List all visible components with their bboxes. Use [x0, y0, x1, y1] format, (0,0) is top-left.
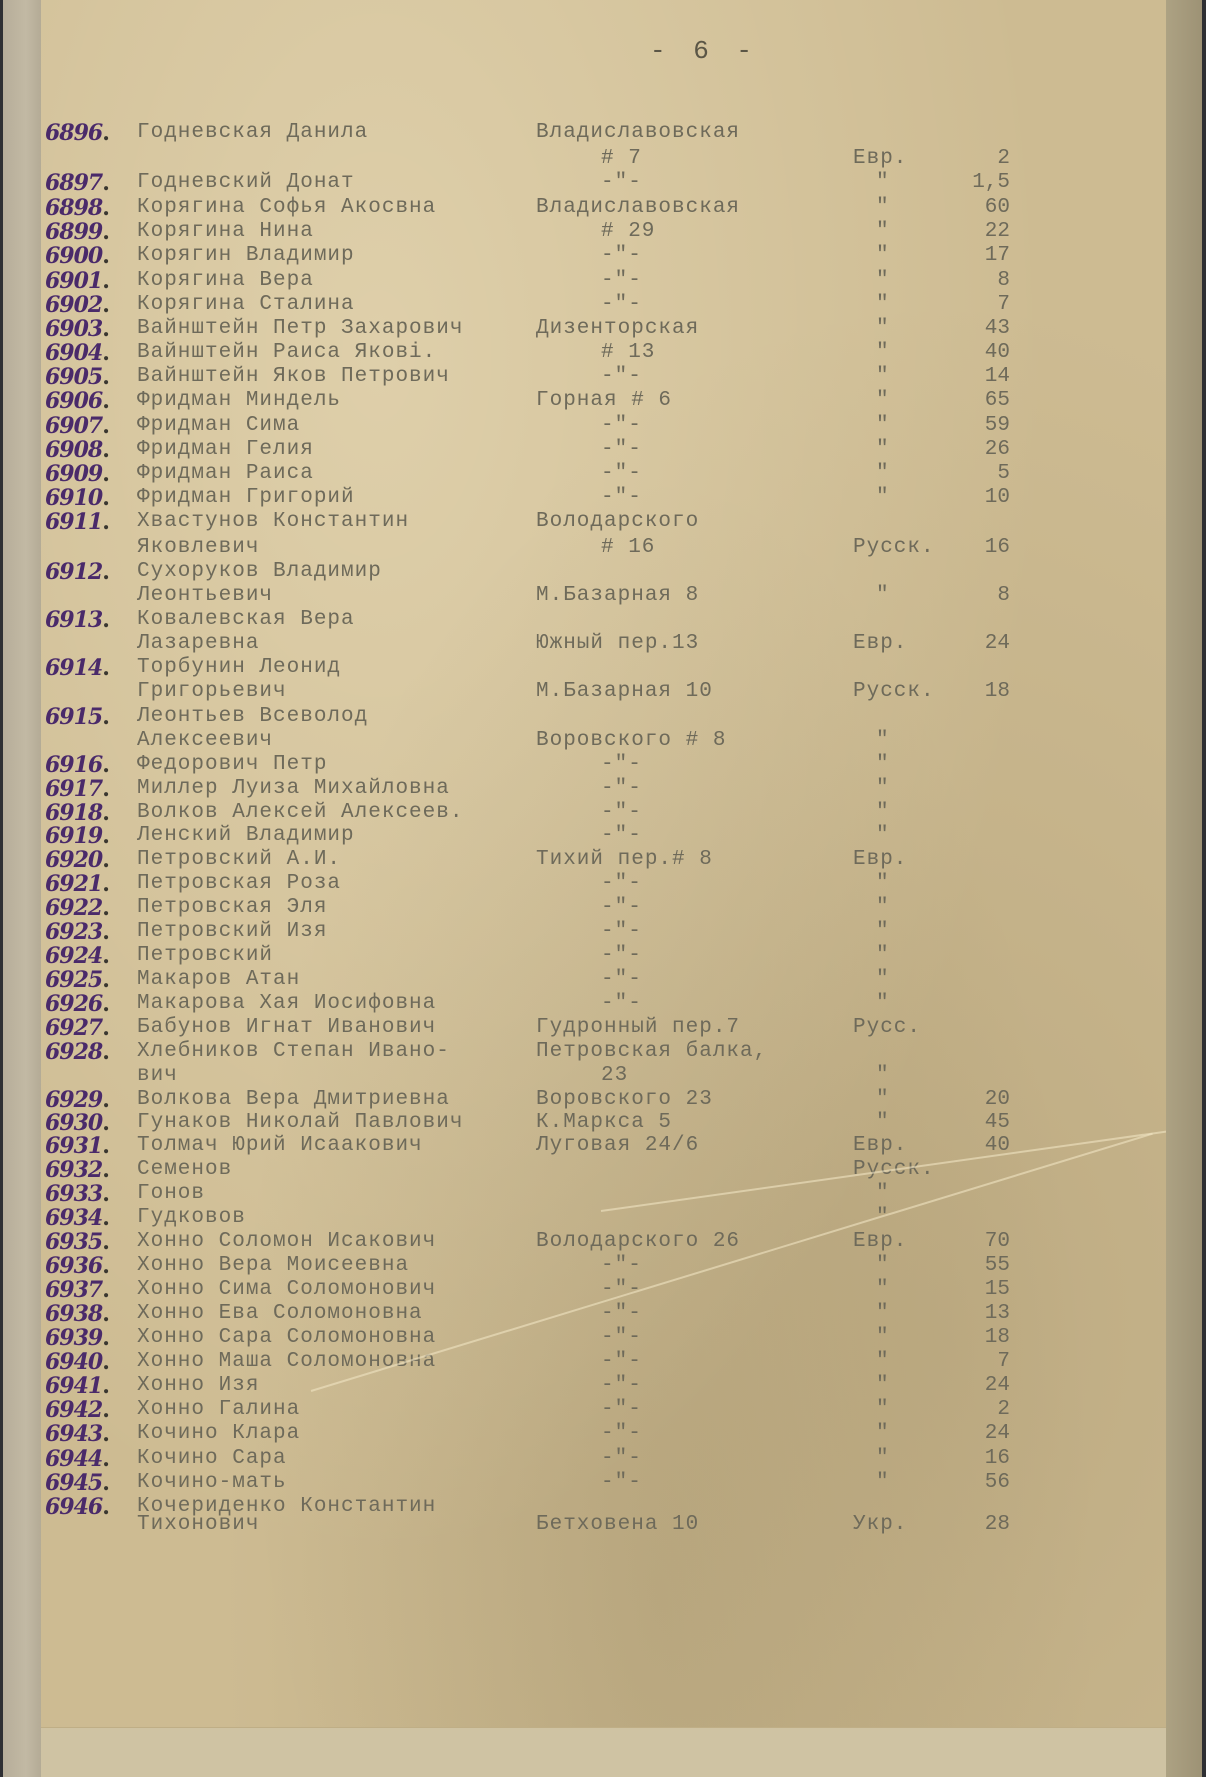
list-item: 6944.Кочино Сара-"-"16: [41, 1446, 1166, 1472]
entry-name: Толмач Юрий Исаакович: [137, 1133, 423, 1159]
entry-address: -"-: [601, 895, 642, 921]
entry-age: 2: [946, 146, 1010, 172]
entry-name: Фридман Раиса: [137, 461, 314, 487]
entry-name: Вайнштейн Петр Захарович: [137, 316, 463, 342]
entry-nationality: Русс.: [853, 1015, 921, 1041]
list-item: 6942.Хонно Галина-"-"2: [41, 1397, 1166, 1423]
entry-number: 6922.: [45, 895, 137, 921]
entry-nationality: ": [876, 340, 890, 366]
entry-name: Корягина Сталина: [137, 292, 355, 318]
entry-age: 15: [946, 1277, 1010, 1303]
entry-name: Семенов: [137, 1157, 232, 1183]
entry-address: # 7: [601, 146, 642, 172]
list-item: 6937.Хонно Сима Соломонович-"-"15: [41, 1277, 1166, 1303]
entry-address: # 13: [601, 340, 655, 366]
list-item: 6940.Хонно Маша Соломоновна-"-"7: [41, 1349, 1166, 1375]
list-item: 6917.Миллер Луиза Михайловна-"-": [41, 776, 1166, 802]
entry-nationality: ": [876, 413, 890, 439]
entry-nationality: Русск.: [853, 535, 935, 561]
list-item: 6919.Ленский Владимир-"-": [41, 823, 1166, 849]
entry-address: Дизенторская: [536, 316, 699, 342]
entry-nationality: ": [876, 292, 890, 318]
entry-address: Гудронный пер.7: [536, 1015, 740, 1041]
entry-name: Алексеевич: [137, 728, 273, 754]
entry-nationality: ": [876, 752, 890, 778]
entry-name: Гонов: [137, 1181, 205, 1207]
entry-name: Корягина Нина: [137, 219, 314, 245]
entry-nationality: ": [876, 461, 890, 487]
entry-address: -"-: [601, 919, 642, 945]
entry-nationality: ": [876, 1397, 890, 1423]
entry-age: 16: [946, 1446, 1010, 1472]
entry-address: -"-: [601, 1301, 642, 1327]
entry-age: 43: [946, 316, 1010, 342]
entry-age: 18: [946, 1325, 1010, 1351]
entry-nationality: ": [876, 364, 890, 390]
entry-nationality: ": [876, 1446, 890, 1472]
entry-name: Петровский Изя: [137, 919, 327, 945]
list-item: 6903.Вайнштейн Петр ЗахаровичДизенторска…: [41, 316, 1166, 342]
entry-nationality: Евр.: [853, 631, 907, 657]
list-item: 6911.Хвастунов КонстантинВолодарского: [41, 509, 1166, 535]
entry-name: Тихонович: [137, 1512, 259, 1538]
entry-number: 6912.: [45, 559, 137, 585]
entry-nationality: Евр.: [853, 847, 907, 873]
list-item: 6923.Петровский Изя-"-": [41, 919, 1166, 945]
entry-name: Фридман Сима: [137, 413, 300, 439]
entry-nationality: ": [876, 268, 890, 294]
entry-age: 55: [946, 1253, 1010, 1279]
list-item: 6915.Леонтьев Всеволод: [41, 704, 1166, 730]
list-item: 6920.Петровский А.И.Тихий пер.# 8Евр.: [41, 847, 1166, 873]
entry-address: -"-: [601, 1397, 642, 1423]
entry-number: 6928.: [45, 1039, 137, 1065]
scan-frame-left: [3, 0, 41, 1777]
list-item: 6909.Фридман Раиса-"-"5: [41, 461, 1166, 487]
entry-number: 6911.: [45, 509, 137, 535]
entry-name: Миллер Луиза Михайловна: [137, 776, 450, 802]
entry-number: 6924.: [45, 943, 137, 969]
entry-nationality: ": [876, 728, 890, 754]
entry-number: 6938.: [45, 1301, 137, 1327]
entry-address: -"-: [601, 485, 642, 511]
entry-address: Петровская балка,: [536, 1039, 767, 1065]
entry-nationality: ": [876, 991, 890, 1017]
entry-age: 65: [946, 388, 1010, 414]
entry-number: 6920.: [45, 847, 137, 873]
entry-name: Хонно Сима Соломонович: [137, 1277, 436, 1303]
entry-address: Володарского 26: [536, 1229, 740, 1255]
entry-name: Петровский А.И.: [137, 847, 341, 873]
entry-age: 1,5: [946, 170, 1010, 196]
entry-age: 24: [946, 1373, 1010, 1399]
entry-name: Петровская Эля: [137, 895, 327, 921]
entry-nationality: ": [876, 1181, 890, 1207]
entry-number: 6943.: [45, 1421, 137, 1447]
list-item: 6906.Фридман МиндельГорная # 6"65: [41, 388, 1166, 414]
entry-address: -"-: [601, 292, 642, 318]
entry-number: 6913.: [45, 607, 137, 633]
entry-age: 2: [946, 1397, 1010, 1423]
entry-number: 6926.: [45, 991, 137, 1017]
entry-age: 17: [946, 243, 1010, 269]
entry-name: Петровский: [137, 943, 273, 969]
entry-name: Хвастунов Константин: [137, 509, 409, 535]
entry-nationality: ": [876, 895, 890, 921]
entry-number: 6940.: [45, 1349, 137, 1375]
entry-number: 6939.: [45, 1325, 137, 1351]
entry-age: 24: [946, 1421, 1010, 1447]
entry-age: 16: [946, 535, 1010, 561]
entry-address: Южный пер.13: [536, 631, 699, 657]
entry-name: Вайнштейн Яков Петрович: [137, 364, 450, 390]
entry-number: 6917.: [45, 776, 137, 802]
entry-nationality: ": [876, 1253, 890, 1279]
entry-nationality: ": [876, 1349, 890, 1375]
list-item: 6945.Кочино-мать-"-"56: [41, 1470, 1166, 1496]
list-item: 6901.Корягина Вера-"-"8: [41, 268, 1166, 294]
entry-nationality: ": [876, 871, 890, 897]
entry-nationality: ": [876, 943, 890, 969]
list-item: 6926.Макарова Хая Иосифовна-"-": [41, 991, 1166, 1017]
list-item: 6907.Фридман Сима-"-"59: [41, 413, 1166, 439]
entry-nationality: Русск.: [853, 679, 935, 705]
entry-name: Лазаревна: [137, 631, 259, 657]
list-item: 6924.Петровский-"-": [41, 943, 1166, 969]
entry-age: 7: [946, 1349, 1010, 1375]
entry-address: -"-: [601, 1446, 642, 1472]
entry-name: Леонтьев Всеволод: [137, 704, 368, 730]
entry-number: 6908.: [45, 437, 137, 463]
entry-number: 6941.: [45, 1373, 137, 1399]
entry-address: -"-: [601, 437, 642, 463]
entry-address: -"-: [601, 1373, 642, 1399]
entry-nationality: ": [876, 1277, 890, 1303]
entry-number: 6902.: [45, 292, 137, 318]
entry-age: 7: [946, 292, 1010, 318]
list-item: 6941.Хонно Изя-"-"24: [41, 1373, 1166, 1399]
entry-name: Хонно Вера Моисеевна: [137, 1253, 409, 1279]
entry-address: Воровского # 8: [536, 728, 726, 754]
entry-number: 6899.: [45, 219, 137, 245]
entry-number: 6936.: [45, 1253, 137, 1279]
entry-nationality: ": [876, 1325, 890, 1351]
entry-number: 6945.: [45, 1470, 137, 1496]
entry-age: 18: [946, 679, 1010, 705]
entry-address: -"-: [601, 967, 642, 993]
entry-number: 6935.: [45, 1229, 137, 1255]
entry-name: Ковалевская Вера: [137, 607, 355, 633]
entry-address: Луговая 24/6: [536, 1133, 699, 1159]
list-item: 6902.Корягина Сталина-"-"7: [41, 292, 1166, 318]
entry-address: -"-: [601, 1253, 642, 1279]
entry-number: 6923.: [45, 919, 137, 945]
list-item: 6921.Петровская Роза-"-": [41, 871, 1166, 897]
list-item: ТихоновичБетховена 10Укр.28: [41, 1512, 1166, 1538]
entry-nationality: ": [876, 388, 890, 414]
entry-name: вич: [137, 1063, 178, 1089]
entry-address: Володарского: [536, 509, 699, 535]
entry-name: Хонно Галина: [137, 1397, 300, 1423]
list-item: 6908.Фридман Гелия-"-"26: [41, 437, 1166, 463]
entry-age: 40: [946, 340, 1010, 366]
entry-name: Хонно Ева Соломоновна: [137, 1301, 423, 1327]
entry-age: 5: [946, 461, 1010, 487]
entry-number: 6906.: [45, 388, 137, 414]
entry-address: -"-: [601, 268, 642, 294]
entry-address: Горная # 6: [536, 388, 672, 414]
entry-name: Макарова Хая Иосифовна: [137, 991, 436, 1017]
entry-address: # 29: [601, 219, 655, 245]
entry-age: 22: [946, 219, 1010, 245]
entry-age: 26: [946, 437, 1010, 463]
list-item: 6935.Хонно Соломон ИсаковичВолодарского …: [41, 1229, 1166, 1255]
entry-address: -"-: [601, 752, 642, 778]
entry-number: 6934.: [45, 1205, 137, 1231]
page-number: - 6 -: [650, 36, 758, 66]
list-item: 6899.Корягина Нина# 29"22: [41, 219, 1166, 245]
entry-name: Корягина Софья Акосвна: [137, 195, 436, 221]
list-item: 6936.Хонно Вера Моисеевна-"-"55: [41, 1253, 1166, 1279]
entry-nationality: ": [876, 1373, 890, 1399]
entry-number: 6942.: [45, 1397, 137, 1423]
entry-address: М.Базарная 8: [536, 583, 699, 609]
list-item: 6916.Федорович Петр-"-": [41, 752, 1166, 778]
entry-age: 8: [946, 583, 1010, 609]
entry-age: 10: [946, 485, 1010, 511]
entry-address: -"-: [601, 776, 642, 802]
entry-address: Тихий пер.# 8: [536, 847, 713, 873]
list-item: 6912.Сухоруков Владимир: [41, 559, 1166, 585]
entry-age: 60: [946, 195, 1010, 221]
entry-nationality: Евр.: [853, 1133, 907, 1159]
entry-nationality: Евр.: [853, 146, 907, 172]
entry-address: Бетховена 10: [536, 1512, 699, 1538]
list-item: 6939.Хонно Сара Соломоновна-"-"18: [41, 1325, 1166, 1351]
entry-age: 13: [946, 1301, 1010, 1327]
entry-name: Фридман Гелия: [137, 437, 314, 463]
entry-number: 6927.: [45, 1015, 137, 1041]
entry-address: -"-: [601, 1421, 642, 1447]
entry-number: 6910.: [45, 485, 137, 511]
entry-name: Годневская Данила: [137, 120, 368, 146]
entry-name: Вайнштейн Раиса Якові.: [137, 340, 436, 366]
entry-number: 6919.: [45, 823, 137, 849]
entry-name: Фридман Миндель: [137, 388, 341, 414]
entry-number: 6944.: [45, 1446, 137, 1472]
entry-address: Владиславовская: [536, 195, 740, 221]
scan-frame-right: [1166, 0, 1202, 1777]
entry-number: 6916.: [45, 752, 137, 778]
list-item: ЛеонтьевичМ.Базарная 8"8: [41, 583, 1166, 609]
entry-name: Яковлевич: [137, 535, 259, 561]
entry-number: 6904.: [45, 340, 137, 366]
list-item: 6898.Корягина Софья АкосвнаВладиславовск…: [41, 195, 1166, 221]
list-item: 6925.Макаров Атан-"-": [41, 967, 1166, 993]
entry-age: 56: [946, 1470, 1010, 1496]
entry-name: Ленский Владимир: [137, 823, 355, 849]
entry-address: -"-: [601, 1470, 642, 1496]
entry-name: Кочино-мать: [137, 1470, 287, 1496]
entry-address: -"-: [601, 823, 642, 849]
entry-nationality: ": [876, 316, 890, 342]
entry-nationality: Укр.: [853, 1512, 907, 1538]
entry-address: -"-: [601, 461, 642, 487]
entry-address: М.Базарная 10: [536, 679, 713, 705]
entry-name: Гудковов: [137, 1205, 246, 1231]
entry-nationality: ": [876, 1421, 890, 1447]
entry-name: Хонно Изя: [137, 1373, 259, 1399]
entry-number: 6931.: [45, 1133, 137, 1159]
entry-name: Хонно Соломон Исакович: [137, 1229, 436, 1255]
entry-name: Хлебников Степан Иванo-: [137, 1039, 450, 1065]
list-item: 6913.Ковалевская Вера: [41, 607, 1166, 633]
entry-name: Корягин Владимир: [137, 243, 355, 269]
entry-number: 6901.: [45, 268, 137, 294]
entry-number: 6925.: [45, 967, 137, 993]
entry-number: 6932.: [45, 1157, 137, 1183]
entry-nationality: ": [876, 823, 890, 849]
entry-name: Сухоруков Владимир: [137, 559, 382, 585]
entry-number: 6897.: [45, 170, 137, 196]
entry-nationality: ": [876, 967, 890, 993]
entry-name: Кочино Сара: [137, 1446, 287, 1472]
list-item: 6896.Годневская ДанилаВладиславовская: [41, 120, 1166, 146]
entry-nationality: ": [876, 485, 890, 511]
entry-nationality: ": [876, 583, 890, 609]
entry-nationality: ": [876, 919, 890, 945]
entry-nationality: Евр.: [853, 1229, 907, 1255]
entry-number: 6907.: [45, 413, 137, 439]
entry-address: -"-: [601, 943, 642, 969]
entry-number: 6914.: [45, 655, 137, 681]
entry-age: 59: [946, 413, 1010, 439]
entry-number: 6933.: [45, 1181, 137, 1207]
paper-bottom-edge: [41, 1727, 1166, 1777]
entry-name: Корягина Вера: [137, 268, 314, 294]
entry-address: -"-: [601, 871, 642, 897]
entry-nationality: ": [876, 1301, 890, 1327]
entry-address: -"-: [601, 1349, 642, 1375]
entry-name: Федорович Петр: [137, 752, 327, 778]
list-item: ЛазаревнаЮжный пер.13Евр.24: [41, 631, 1166, 657]
entry-address: -"-: [601, 1325, 642, 1351]
entry-address: -"-: [601, 364, 642, 390]
entry-address: -"-: [601, 991, 642, 1017]
entry-address: -"-: [601, 413, 642, 439]
entry-name: Хонно Сара Соломоновна: [137, 1325, 436, 1351]
list-item: 6933.Гонов": [41, 1181, 1166, 1207]
list-item: 6905.Вайнштейн Яков Петрович-"-"14: [41, 364, 1166, 390]
entry-number: 6896.: [45, 120, 137, 146]
document-page: - 6 - 6896.Годневская ДанилаВладиславовс…: [41, 0, 1166, 1777]
entry-name: Кочино Клара: [137, 1421, 300, 1447]
entry-name: Петровская Роза: [137, 871, 341, 897]
entry-nationality: ": [876, 243, 890, 269]
entry-name: Макаров Атан: [137, 967, 300, 993]
entry-address: 23: [601, 1063, 628, 1089]
list-item: 6914.Торбунин Леонид: [41, 655, 1166, 681]
entry-number: 6898.: [45, 195, 137, 221]
list-item: Яковлевич# 16Русск.16: [41, 535, 1166, 561]
list-item: 6938.Хонно Ева Соломоновна-"-"13: [41, 1301, 1166, 1327]
entry-number: 6903.: [45, 316, 137, 342]
entry-name: Леонтьевич: [137, 583, 273, 609]
entry-number: 6915.: [45, 704, 137, 730]
list-item: 6927.Бабунов Игнат ИвановичГудронный пер…: [41, 1015, 1166, 1041]
list-item: 6904.Вайнштейн Раиса Якові.# 13"40: [41, 340, 1166, 366]
list-item: ГригорьевичМ.Базарная 10Русск.18: [41, 679, 1166, 705]
list-item: 6943.Кочино Клара-"-"24: [41, 1421, 1166, 1447]
entry-nationality: ": [876, 170, 890, 196]
entry-nationality: ": [876, 437, 890, 463]
entry-address: -"-: [601, 170, 642, 196]
entry-nationality: ": [876, 1470, 890, 1496]
entry-age: 70: [946, 1229, 1010, 1255]
entry-name: Торбунин Леонид: [137, 655, 341, 681]
list-item: 6900.Корягин Владимир-"-"17: [41, 243, 1166, 269]
entry-name: Григорьевич: [137, 679, 287, 705]
entry-nationality: ": [876, 1063, 890, 1089]
entry-number: 6905.: [45, 364, 137, 390]
entry-age: 28: [946, 1512, 1010, 1538]
list-item: 6910.Фридман Григорий-"-"10: [41, 485, 1166, 511]
list-item: # 7Евр.2: [41, 146, 1166, 172]
list-item: вич23": [41, 1063, 1166, 1089]
list-item: АлексеевичВоровского # 8": [41, 728, 1166, 754]
list-item: 6928.Хлебников Степан Иванo-Петровская б…: [41, 1039, 1166, 1065]
entry-age: 14: [946, 364, 1010, 390]
list-item: 6897.Годневский Донат-"-"1,5: [41, 170, 1166, 196]
entry-age: 24: [946, 631, 1010, 657]
entry-number: 6921.: [45, 871, 137, 897]
entry-nationality: ": [876, 195, 890, 221]
entry-number: 6900.: [45, 243, 137, 269]
entry-number: 6937.: [45, 1277, 137, 1303]
entry-name: Годневский Донат: [137, 170, 355, 196]
entry-name: Хонно Маша Соломоновна: [137, 1349, 436, 1375]
entry-age: 8: [946, 268, 1010, 294]
entry-address: # 16: [601, 535, 655, 561]
entry-name: Фридман Григорий: [137, 485, 355, 511]
entry-name: Бабунов Игнат Иванович: [137, 1015, 436, 1041]
list-item: 6922.Петровская Эля-"-": [41, 895, 1166, 921]
entry-nationality: ": [876, 219, 890, 245]
entry-address: -"-: [601, 243, 642, 269]
entry-number: 6909.: [45, 461, 137, 487]
entry-address: Владиславовская: [536, 120, 740, 146]
entry-nationality: ": [876, 776, 890, 802]
